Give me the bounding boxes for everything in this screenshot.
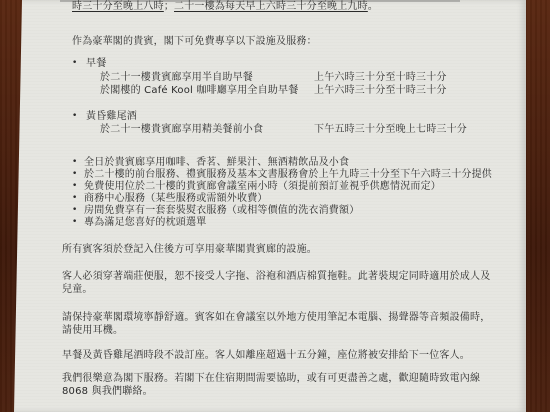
period: 。 bbox=[368, 1, 378, 12]
paragraph-dresscode-line2: 兒童。 bbox=[62, 283, 93, 296]
cocktail-item-time: 下午五時三十分至晚上七時三十分 bbox=[314, 123, 467, 136]
paragraph-quiet-line2: 請使用耳機。 bbox=[62, 324, 123, 337]
paragraph-contact-line1: 我們很樂意為閣下服務。若閣下在住宿期間需要協助，或有可更盡善之處，歡迎隨時致電內… bbox=[62, 372, 480, 385]
breakfast-item-time: 上午六時三十分至十時三十分 bbox=[314, 71, 447, 84]
hours-part2: 二十一樓為每天早上六時三十分至晚上九時 bbox=[174, 1, 368, 12]
breakfast-item-desc: 於閣樓的 Café Kool 咖啡廳享用全自助早餐 bbox=[100, 84, 298, 97]
top-hours-line: 時三十分至晚上八時；二十一樓為每天早上六時三十分至晚上九時。 bbox=[72, 0, 378, 13]
separator: ； bbox=[164, 1, 174, 12]
paragraph-quiet-line1: 請保持豪華閣環境寧靜舒適。賓客如在會議室以外地方使用筆記本電腦、揚聲器等音頻設備… bbox=[62, 311, 490, 324]
breakfast-item-desc: 於二十一樓貴賓廊享用半自助早餐 bbox=[100, 71, 253, 84]
paragraph-dresscode-line1: 客人必須穿著端莊便服，恕不接受人字拖、浴袍和酒店棉質拖鞋。此著裝規定同時適用於成… bbox=[62, 270, 490, 283]
bullet-icon: • bbox=[72, 205, 77, 215]
bullet-icon: • bbox=[72, 157, 77, 167]
hours-part1: 時三十分至晚上八時 bbox=[72, 1, 164, 12]
intro-text: 作為豪華閣的貴賓，閣下可免費專享以下設施及服務： bbox=[72, 35, 317, 48]
bullet-icon: • bbox=[72, 217, 77, 227]
paragraph-contact-line2: 8068 與我們聯絡。 bbox=[62, 385, 153, 398]
cocktail-item-desc: 於二十一樓貴賓廊享用精美餐前小食 bbox=[100, 123, 263, 136]
breakfast-item-time: 上午六時三十分至十時三十分 bbox=[314, 84, 447, 97]
section-title-cocktails: 黃昏雞尾酒 bbox=[86, 110, 137, 123]
paragraph-registration: 所有賓客須於登記入住後方可享用豪華閣貴賓廊的設施。 bbox=[62, 243, 317, 256]
section-title-breakfast: 早餐 bbox=[86, 57, 106, 70]
bullet-icon: • bbox=[72, 193, 77, 203]
benefit-item: 專為滿足您喜好的枕頭選單 bbox=[84, 216, 206, 229]
bullet-icon: • bbox=[72, 111, 77, 121]
bullet-icon: • bbox=[72, 169, 77, 179]
bullet-icon: • bbox=[72, 181, 77, 191]
bullet-icon: • bbox=[72, 58, 77, 68]
paragraph-seating: 早餐及黃昏雞尾酒時段不設訂座。客人如離座超過十五分鐘，座位將被安排給下一位客人。 bbox=[62, 349, 470, 362]
